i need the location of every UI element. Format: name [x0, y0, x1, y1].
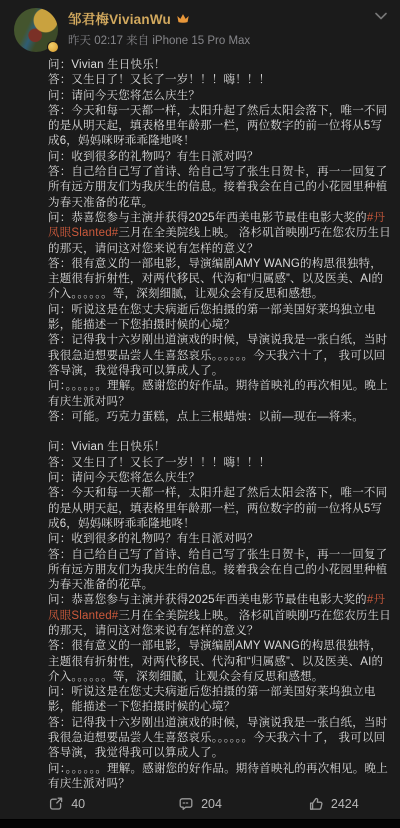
post-paragraph: 答：记得我十六岁刚出道演戏的时候，导演说我是一张白纸，当时我很急迫想要品尝人生喜…	[48, 716, 393, 762]
post-paragraph: 答：自己给自己写了首诗、给自己写了张生日贺卡，再一一回复了所有远方朋友们为我庆生…	[48, 165, 393, 211]
post-text: 问：Vivian 生日快乐！	[48, 441, 166, 453]
post-paragraph: 问：恭喜您参与主演并获得2025年西美电影节最佳电影大奖的#丹凤眼Slanted…	[48, 593, 393, 639]
post-paragraph: 问：。。。。。。理解。感谢您的好作品。期待首映礼的再次相见。晚上有庆生派对吗？	[48, 762, 393, 791]
post-paragraph: 答：很有意义的一部电影，导演编剧AMY WANG的构思很独特，主题很有折射性，对…	[48, 257, 393, 303]
post-text: 问：恭喜您参与主演并获得2025年西美电影节最佳电影大奖的	[48, 212, 367, 224]
post-body: 问：Vivian 生日快乐！答：又生日了！又长了一岁！！！嗨！！！问：请问今天您…	[0, 54, 400, 791]
post-paragraph: 答：今天和每一天都一样，太阳升起了然后太阳会落下，唯一不同的是从明天起，填表格里…	[48, 486, 393, 532]
weibo-post-screen: 邹君梅VivianWu 昨天 02:17 来自 iPhone 15 Pro Ma…	[0, 0, 400, 828]
repost-count: 40	[71, 797, 85, 811]
post-meta: 昨天 02:17 来自 iPhone 15 Pro Max	[68, 32, 250, 48]
post-paragraph: 问：Vivian 生日快乐！	[48, 440, 393, 455]
repost-button[interactable]: 40	[0, 796, 133, 812]
feed-gap	[0, 819, 400, 828]
membership-crown-icon	[176, 12, 190, 25]
thumbs-up-icon	[308, 796, 324, 812]
post-paragraph: 答：今天和每一天都一样，太阳升起了然后太阳会落下，唯一不同的是从明天起，填表格里…	[48, 104, 393, 150]
chevron-down-icon[interactable]	[374, 8, 388, 26]
post-text: 问：收到很多的礼物吗？有生日派对吗？	[48, 533, 259, 545]
post-paragraph: 问：Vivian 生日快乐！	[48, 58, 393, 73]
post-text: 问：恭喜您参与主演并获得2025年西美电影节最佳电影大奖的	[48, 594, 367, 606]
post-paragraph: 问：请问今天您将怎么庆生？	[48, 471, 393, 486]
post-header: 邹君梅VivianWu 昨天 02:17 来自 iPhone 15 Pro Ma…	[0, 0, 400, 54]
avatar[interactable]	[14, 8, 58, 52]
post-paragraph: 问：收到很多的礼物吗？有生日派对吗？	[48, 532, 393, 547]
post-text: 问：听说这是在您丈夫病逝后您拍摄的第一部美国好莱坞独立电影，能描述一下您拍摄时候…	[48, 304, 376, 331]
post-text: 答：自己给自己写了首诗、给自己写了张生日贺卡，再一一回复了所有远方朋友们为我庆生…	[48, 549, 387, 592]
repost-icon	[48, 796, 64, 812]
post-text: 答：又生日了！又长了一岁！！！嗨！！！	[48, 457, 270, 469]
post-text: 答：可能。巧克力蛋糕，点上三根蜡烛：以前—现在—将来。	[48, 411, 364, 423]
post-text: 问：听说这是在您丈夫病逝后您拍摄的第一部美国好莱坞独立电影，能描述一下您拍摄时候…	[48, 686, 376, 713]
post-paragraph: 答：可能。巧克力蛋糕，点上三根蜡烛：以前—现在—将来。	[48, 410, 393, 425]
paragraph-gap	[48, 425, 393, 440]
post-text: 问：。。。。。。理解。感谢您的好作品。期待首映礼的再次相见。晚上有庆生派对吗？	[48, 763, 388, 790]
post-text: 答：很有意义的一部电影，导演编剧AMY WANG的构思很独特，主题很有折射性，对…	[48, 258, 383, 301]
post-paragraph: 问：请问今天您将怎么庆生？	[48, 89, 393, 104]
post-paragraph: 问：听说这是在您丈夫病逝后您拍摄的第一部美国好莱坞独立电影，能描述一下您拍摄时候…	[48, 303, 393, 334]
post-toolbar: 40 204 2424	[0, 791, 400, 819]
post-text: 答：记得我十六岁刚出道演戏的时候，导演说我是一张白纸，当时我很急迫想要品尝人生喜…	[48, 334, 387, 377]
post-card: 邹君梅VivianWu 昨天 02:17 来自 iPhone 15 Pro Ma…	[0, 0, 400, 819]
post-paragraph: 答：又生日了！又长了一岁！！！嗨！！！	[48, 456, 393, 471]
post-text: 问：。。。。。。理解。感谢您的好作品。期待首映礼的再次相见。晚上有庆生派对吗？	[48, 380, 388, 407]
post-text: 问：请问今天您将怎么庆生？	[48, 90, 200, 102]
post-paragraph: 答：很有意义的一部电影，导演编剧AMY WANG的构思很独特，主题很有折射性，对…	[48, 639, 393, 685]
post-text: 答：很有意义的一部电影，导演编剧AMY WANG的构思很独特，主题很有折射性，对…	[48, 640, 383, 683]
post-text: 答：今天和每一天都一样，太阳升起了然后太阳会落下，唯一不同的是从明天起，填表格里…	[48, 487, 387, 530]
post-paragraph: 问：恭喜您参与主演并获得2025年西美电影节最佳电影大奖的#丹凤眼Slanted…	[48, 211, 393, 257]
post-text: 答：又生日了！又长了一岁！！！嗨！！！	[48, 74, 270, 86]
post-paragraph: 答：记得我十六岁刚出道演戏的时候，导演说我是一张白纸，当时我很急迫想要品尝人生喜…	[48, 333, 393, 379]
like-count: 2424	[331, 797, 359, 811]
post-text: 答：自己给自己写了首诗、给自己写了张生日贺卡，再一一回复了所有远方朋友们为我庆生…	[48, 166, 387, 209]
comment-button[interactable]: 204	[133, 796, 266, 812]
comment-count: 204	[201, 797, 222, 811]
username[interactable]: 邹君梅VivianWu	[68, 8, 171, 28]
post-text: 答：今天和每一天都一样，太阳升起了然后太阳会落下，唯一不同的是从明天起，填表格里…	[48, 105, 387, 148]
post-text: 问：请问今天您将怎么庆生？	[48, 472, 200, 484]
post-text: 问：Vivian 生日快乐！	[48, 59, 166, 71]
vip-level-badge-icon	[47, 41, 59, 53]
post-paragraph: 问：听说这是在您丈夫病逝后您拍摄的第一部美国好莱坞独立电影，能描述一下您拍摄时候…	[48, 685, 393, 716]
post-paragraph: 问：。。。。。。理解。感谢您的好作品。期待首映礼的再次相见。晚上有庆生派对吗？	[48, 379, 393, 410]
post-text: 答：记得我十六岁刚出道演戏的时候，导演说我是一张白纸，当时我很急迫想要品尝人生喜…	[48, 717, 387, 760]
comment-icon	[178, 796, 194, 812]
post-paragraph: 问：收到很多的礼物吗？有生日派对吗？	[48, 150, 393, 165]
post-text: 问：收到很多的礼物吗？有生日派对吗？	[48, 151, 259, 163]
post-paragraph: 答：自己给自己写了首诗、给自己写了张生日贺卡，再一一回复了所有远方朋友们为我庆生…	[48, 548, 393, 594]
like-button[interactable]: 2424	[267, 796, 400, 812]
post-paragraph: 答：又生日了！又长了一岁！！！嗨！！！	[48, 73, 393, 88]
